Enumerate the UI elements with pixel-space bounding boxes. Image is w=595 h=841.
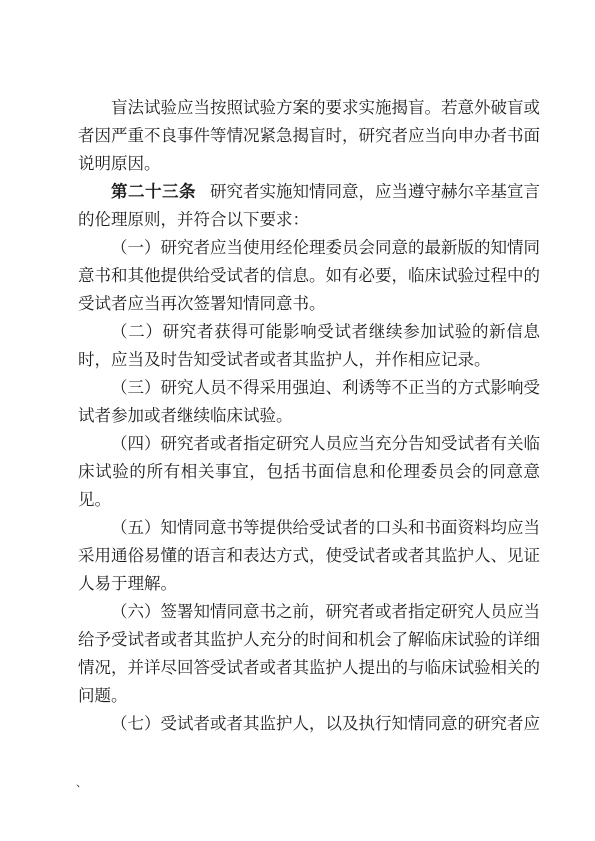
- paragraph-blind-trial-unblinding: 盲法试验应当按照试验方案的要求实施揭盲。若意外破盲或者因严重不良事件等情况紧急揭…: [78, 94, 540, 178]
- paragraph-article-23: 第二十三条研究者实施知情同意，应当遵守赫尔辛基宣言的伦理原则，并符合以下要求：: [78, 178, 540, 234]
- stray-scan-mark: 、: [76, 778, 87, 789]
- document-page: 盲法试验应当按照试验方案的要求实施揭盲。若意外破盲或者因严重不良事件等情况紧急揭…: [0, 0, 595, 841]
- article-23-number: 第二十三条: [111, 183, 196, 201]
- paragraph-item-7: （七）受试者或者其监护人，以及执行知情同意的研究者应: [78, 710, 540, 738]
- paragraph-item-6: （六）签署知情同意书之前，研究者或者指定研究人员应当给予受试者或者其监护人充分的…: [78, 598, 540, 710]
- paragraph-item-4: （四）研究者或者指定研究人员应当充分告知受试者有关临床试验的所有相关事宜，包括书…: [78, 430, 540, 514]
- paragraph-item-5: （五）知情同意书等提供给受试者的口头和书面资料均应当采用通俗易懂的语言和表达方式…: [78, 514, 540, 598]
- paragraph-item-1: （一）研究者应当使用经伦理委员会同意的最新版的知情同意书和其他提供给受试者的信息…: [78, 234, 540, 318]
- paragraph-item-2: （二）研究者获得可能影响受试者继续参加试验的新信息时，应当及时告知受试者或者其监…: [78, 318, 540, 374]
- document-text-block: 盲法试验应当按照试验方案的要求实施揭盲。若意外破盲或者因严重不良事件等情况紧急揭…: [78, 94, 540, 738]
- paragraph-item-3: （三）研究人员不得采用强迫、利诱等不正当的方式影响受试者参加或者继续临床试验。: [78, 374, 540, 430]
